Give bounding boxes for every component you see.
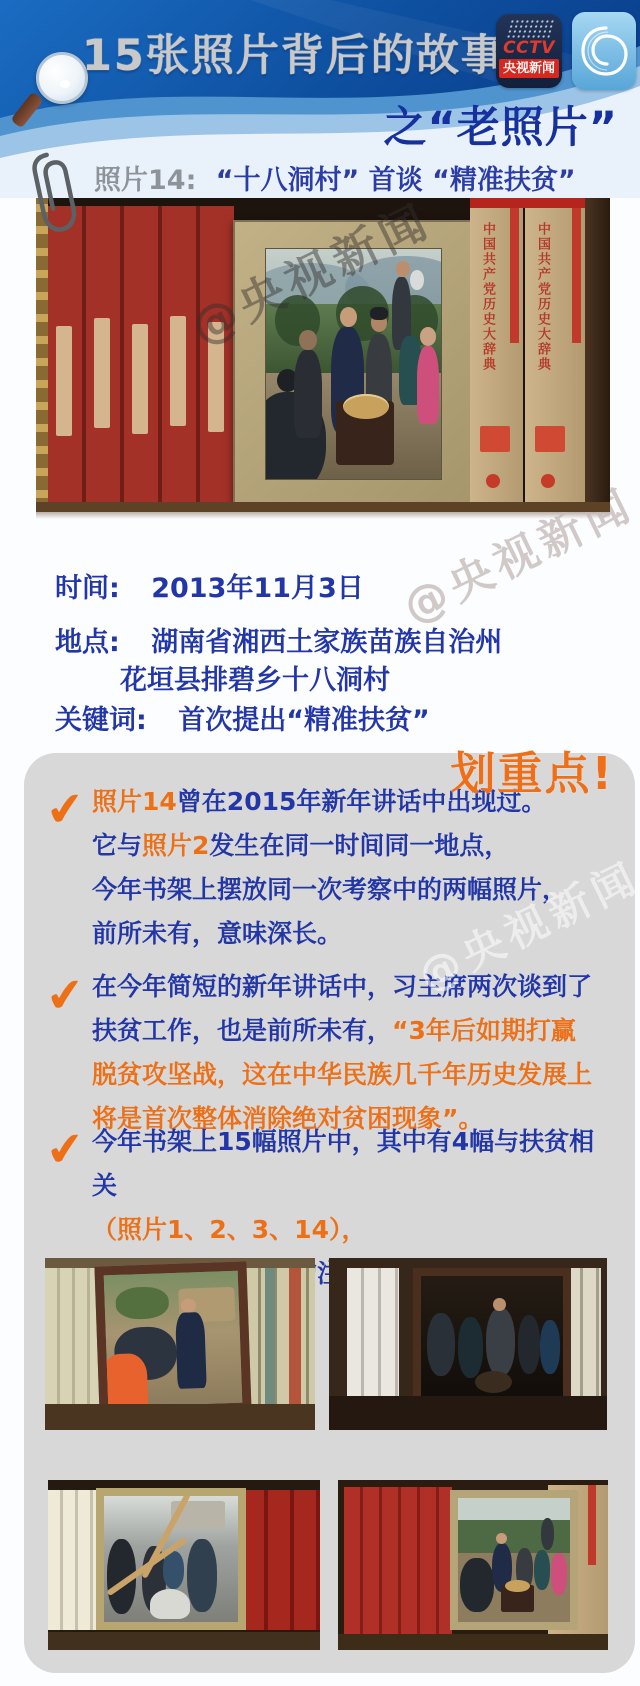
spine-label [132, 324, 148, 434]
thumb-scene [458, 1498, 570, 1622]
thumb-scene [104, 1271, 243, 1408]
highlight-text-segment: 照片14 [92, 787, 177, 816]
photo-caption: 照片14: “十八洞村” 首谈 “精准扶贫” [94, 158, 576, 197]
book-box-title: 中国共产党历史大辞典 [480, 222, 494, 432]
time-value: 2013年11月3日 [151, 573, 364, 604]
keyword-value: 首次提出“精准扶贫” [178, 705, 430, 736]
girl-figure [551, 1553, 567, 1595]
spine-label [94, 318, 110, 428]
person-figure [518, 1315, 541, 1374]
shelf-bottom [36, 502, 610, 512]
keyword-label: 关键词: [55, 698, 147, 737]
photo-food-tray [505, 1580, 530, 1592]
highlight-bullet-1: 照片14曾在2015年新年讲话中出现过。 它与照片2发生在同一时间同一地点， 今… [92, 780, 617, 956]
book-box: 中国共产党历史大辞典 [470, 206, 523, 504]
highlight-text-segment: “3年后如期打赢 [392, 1016, 576, 1045]
stone-mortar [150, 1589, 190, 1619]
highlight-text-segment: 照片2 [142, 831, 209, 860]
info-time-row: 时间: 2013年11月3日 [55, 566, 364, 605]
highlight-line: 今年书架上摆放同一次考察中的两幅照片， [92, 868, 617, 912]
thumb-photo-frame [450, 1490, 578, 1630]
scene-trees [115, 1286, 170, 1320]
thumb-book-spines [245, 1268, 315, 1409]
thumb-book-spines [347, 1268, 399, 1409]
book-box: 中国共产党历史大辞典 [525, 206, 585, 504]
thumb-shelf [338, 1634, 608, 1650]
thumb-photo-3 [48, 1480, 320, 1650]
thumb-scene [104, 1496, 238, 1622]
cctv-logo-text: CCTV [496, 38, 562, 58]
series-title: 15张照片背后的故事 [82, 22, 506, 83]
book-box-label [535, 426, 565, 452]
check-icon: ✔ [43, 1120, 87, 1178]
thumb-photo-2 [329, 1258, 607, 1430]
highlight-line: （照片1、2、3、14）， [92, 1208, 617, 1252]
fire-pit [475, 1371, 512, 1393]
photo-frame [233, 220, 474, 508]
thumb-scene [421, 1276, 563, 1398]
magnifier-icon [36, 52, 88, 104]
leader-figure [486, 1308, 514, 1376]
paperclip-icon [26, 146, 84, 242]
swirl-app-logo [572, 12, 636, 90]
book-box-seal [486, 474, 500, 488]
highlight-line: 它与照片2发生在同一时间同一地点， [92, 824, 617, 868]
cctv-news-logo: CCTV 央视新闻 [496, 14, 562, 88]
person-figure [427, 1313, 455, 1376]
highlight-line: 今年书架上15幅照片中，其中有4幅与扶贫相关 [92, 1120, 617, 1208]
red-book-spines [48, 206, 234, 504]
swirl-glyph [572, 12, 636, 90]
shelf-side-panel [585, 198, 610, 512]
thumb-book-spines [265, 1268, 275, 1409]
thumb-shelf [45, 1404, 315, 1430]
book-box-stripe [588, 1485, 596, 1565]
photo-food-tray [343, 394, 389, 419]
thumb-photo-1 [45, 1258, 315, 1430]
highlight-line: 脱贫攻坚战，这在中华民族几千年历史发展上 [92, 1053, 617, 1097]
thumb-shelf [48, 1632, 320, 1650]
spine-label [56, 326, 72, 436]
gilded-book-edge [36, 198, 48, 512]
red-dictionary-spines [242, 1490, 320, 1629]
leader-figure-head [340, 307, 358, 328]
highlight-text-segment: 它与 [92, 831, 142, 860]
orange-figure [104, 1353, 149, 1407]
leader-figure-head [496, 1533, 507, 1544]
photo-scene [265, 248, 442, 480]
person-figure [458, 1317, 484, 1378]
photo-caption-main: “十八洞村” 首谈 “精准扶贫” [216, 165, 576, 196]
book-box-label [480, 426, 510, 452]
main-photo: 中国共产党历史大辞典 中国共产党历史大辞典 [36, 198, 610, 512]
person-figure [294, 350, 322, 437]
person-figure [541, 1518, 554, 1550]
info-place-row: 地点: 湖南省湘西土家族苗族自治州 [55, 620, 502, 659]
person-figure [540, 1320, 560, 1374]
person-cap [370, 307, 388, 321]
highlight-line: 在今年简短的新年讲话中，习主席两次谈到了 [92, 965, 617, 1009]
thumb-photo-frame [96, 1488, 246, 1630]
photo-caption-prefix: 照片14: [94, 165, 196, 196]
highlight-text-segment: 扶贫工作，也是前所未有， [92, 1016, 392, 1045]
photo-drop-shadow [36, 512, 610, 519]
thumb-book-spines [289, 1268, 301, 1409]
person-figure [396, 261, 410, 277]
spine-label [208, 322, 224, 432]
crowd-figures [163, 1551, 184, 1589]
highlight-line: 前所未有，意味深长。 [92, 912, 617, 956]
place-value-line2: 花垣县排碧乡十八洞村 [120, 658, 390, 697]
red-book-spines [344, 1487, 452, 1637]
highlight-bullet-2: 在今年简短的新年讲话中，习主席两次谈到了 扶贫工作，也是前所未有，“3年后如期打… [92, 965, 617, 1141]
book-box-seal [541, 474, 555, 488]
person-figure [187, 1539, 216, 1612]
person-figure [534, 1550, 550, 1590]
leader-figure-head [181, 1299, 196, 1313]
girl-figure-head [420, 327, 436, 345]
girl-figure [417, 346, 440, 424]
place-label: 地点: [55, 620, 120, 659]
crowd-figures [460, 1558, 494, 1613]
info-keyword-row: 关键词: 首次提出“精准扶贫” [55, 698, 430, 737]
thumb-shelf [329, 1396, 607, 1430]
thumb-photo-frame [413, 1268, 571, 1406]
book-box-title: 中国共产党历史大辞典 [535, 222, 549, 432]
highlight-text-segment: 发生在同一时间同一地点， [209, 831, 509, 860]
check-icon: ✔ [43, 966, 87, 1024]
book-box-stripe [510, 206, 519, 343]
thumb-photo-4 [338, 1480, 608, 1650]
highlights-title: 划重点! [450, 737, 614, 802]
series-subtitle: 之“老照片” [383, 94, 618, 155]
check-icon: ✔ [43, 780, 87, 838]
person-figure [299, 330, 317, 351]
book-box-stripe [572, 206, 581, 343]
child-figure [410, 270, 424, 291]
place-value-line1: 湖南省湘西土家族苗族自治州 [151, 627, 502, 658]
infographic-page: 15张照片背后的故事 CCTV 央视新闻 之“老照片” 照片14: “十八洞村”… [0, 0, 640, 1686]
leader-figure [175, 1311, 207, 1389]
cctv-flag-pattern [506, 19, 555, 39]
spine-label [170, 316, 186, 426]
cctv-logo-subtext: 央视新闻 [499, 59, 559, 78]
magnifier-glint [60, 80, 70, 88]
thumb-photo-frame [94, 1261, 251, 1416]
time-label: 时间: [55, 566, 120, 605]
highlight-line: 扶贫工作，也是前所未有，“3年后如期打赢 [92, 1009, 617, 1053]
